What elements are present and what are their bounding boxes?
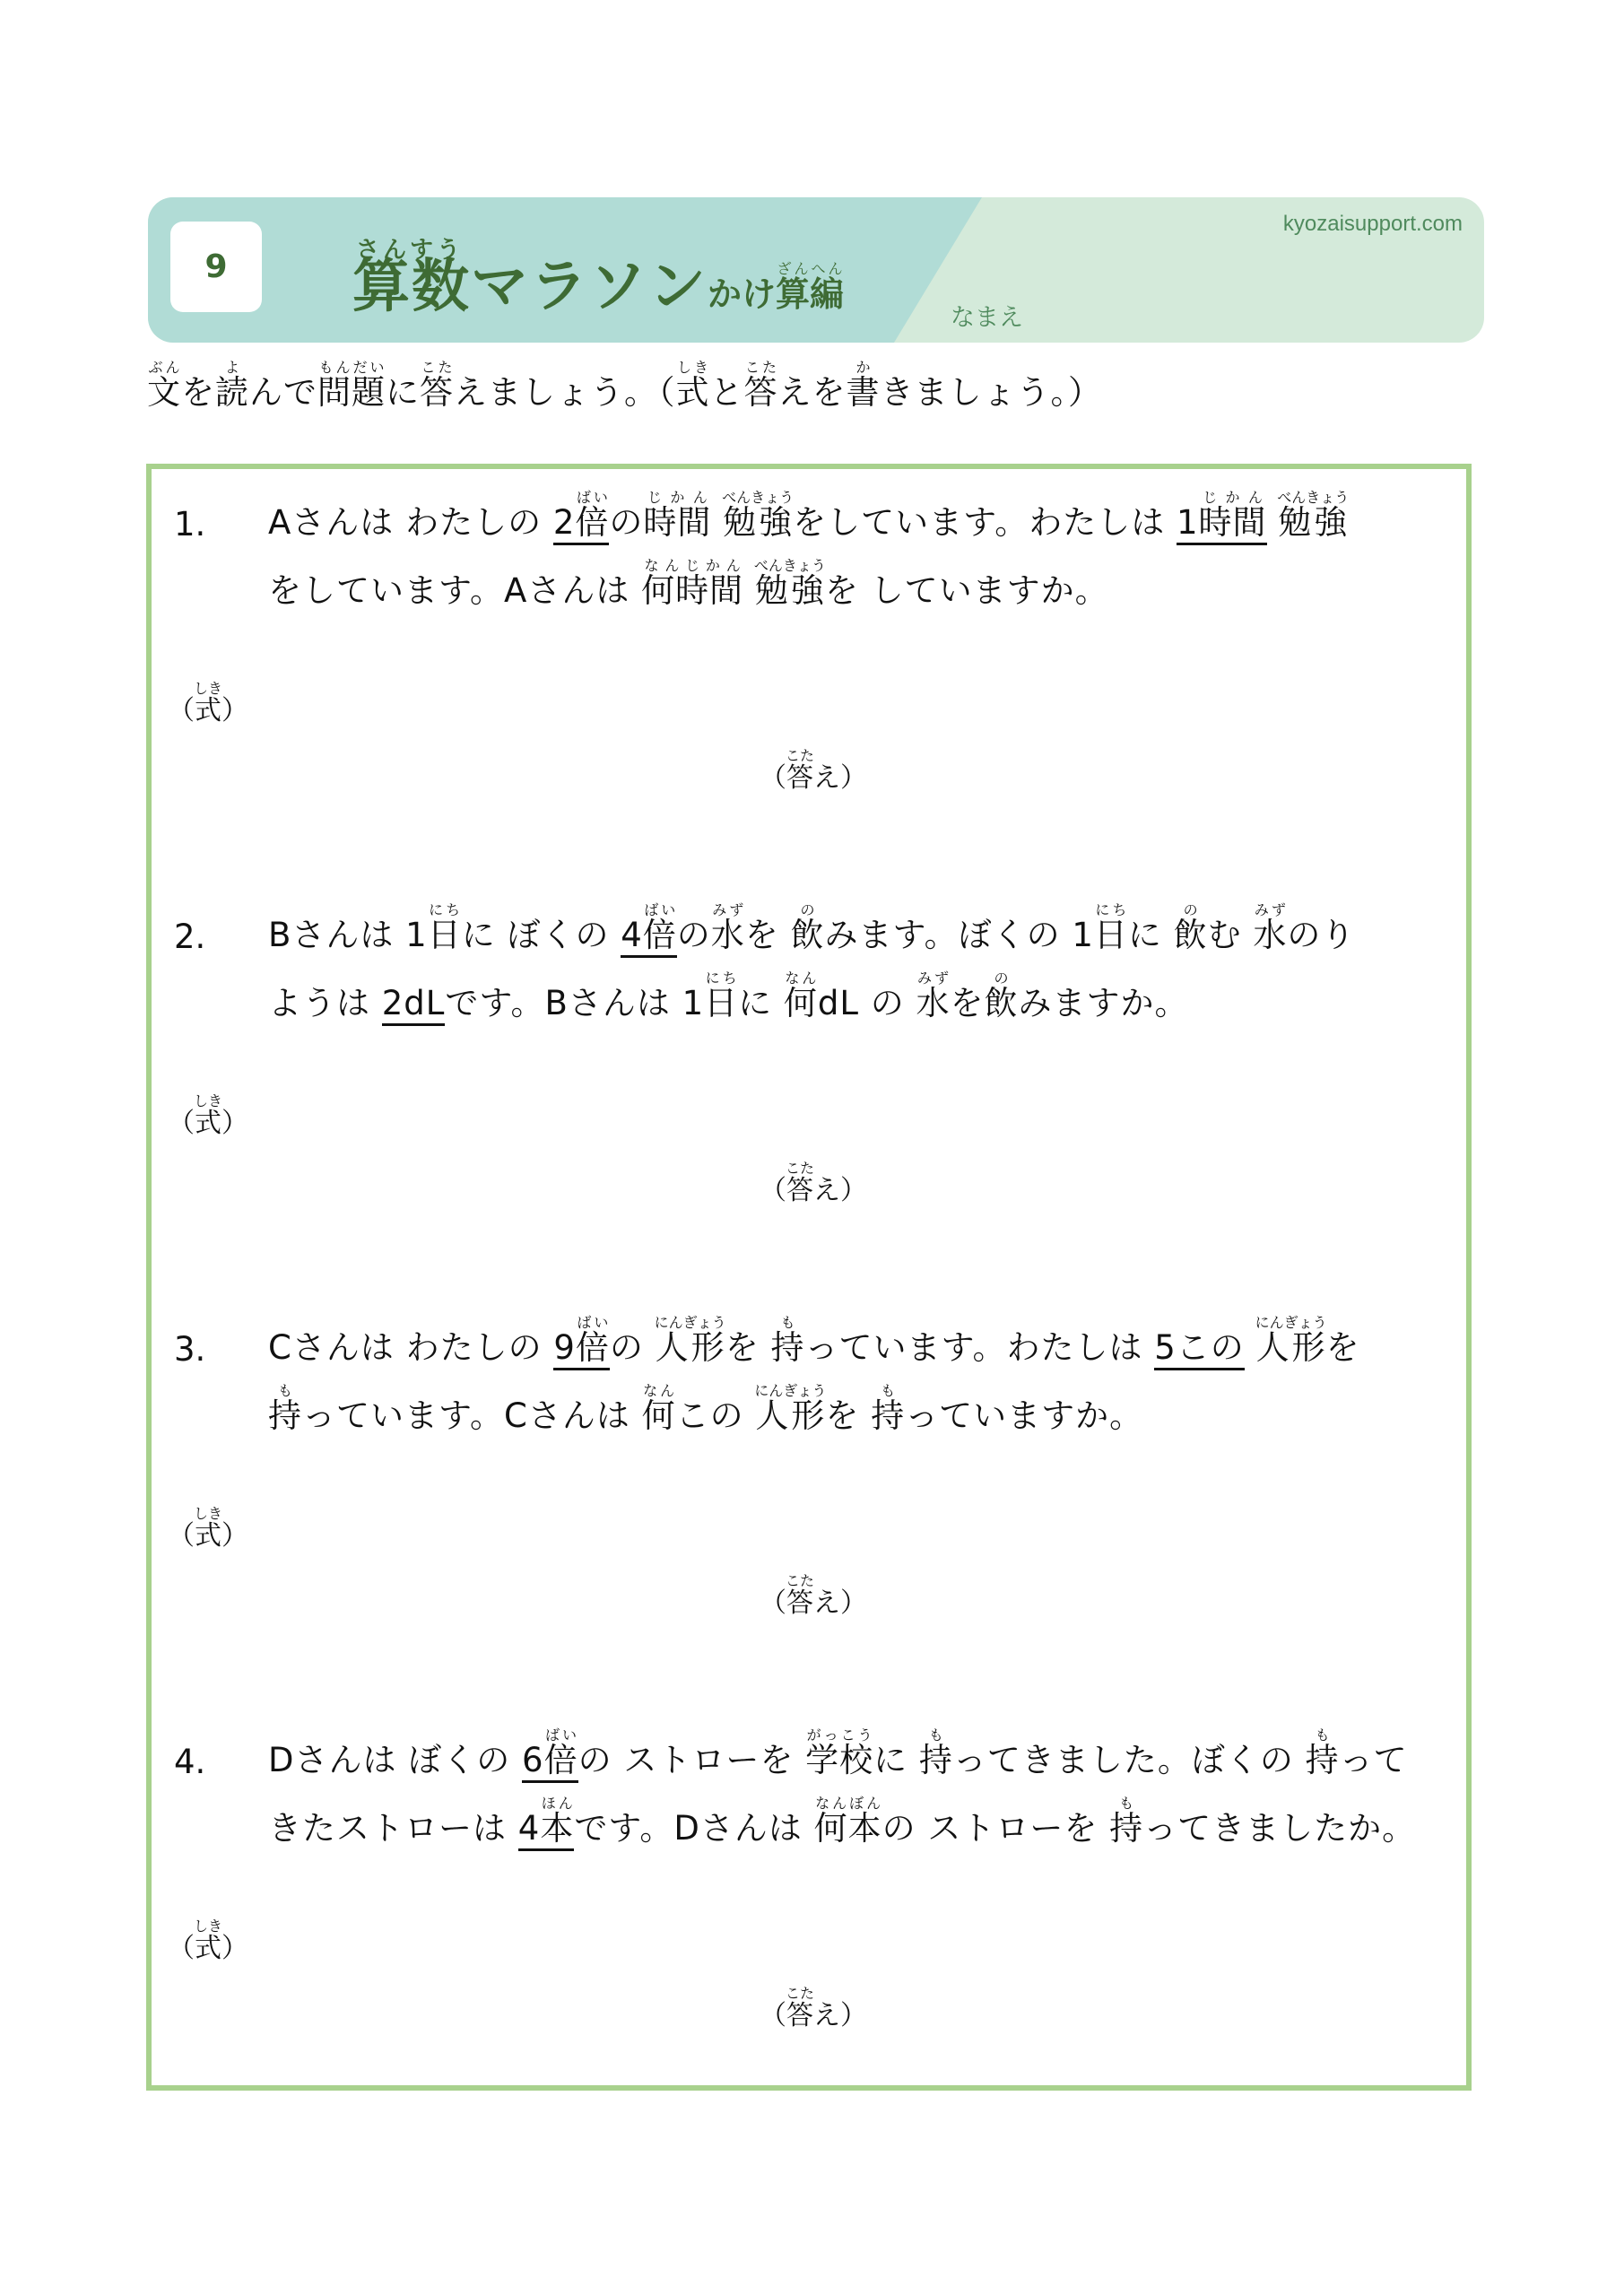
- formula-label: （式しき）: [168, 1505, 248, 1553]
- furigana: なん: [642, 1382, 676, 1399]
- underlined-value: 4: [518, 1809, 541, 1851]
- subtitle-kana: かけ: [708, 274, 776, 314]
- kanji-with-furigana: 何なん: [642, 1396, 676, 1435]
- text-segment: の: [609, 503, 643, 542]
- text-segment: に: [738, 984, 784, 1022]
- underlined-value: 2: [553, 503, 576, 545]
- text-segment: を: [745, 916, 791, 954]
- furigana: も: [268, 1382, 302, 1399]
- text-segment: っています。わたしは: [804, 1328, 1154, 1367]
- text-segment: に: [873, 1741, 919, 1779]
- text-segment: をしています。Aさんは: [268, 571, 641, 610]
- text-segment: を: [951, 984, 985, 1022]
- kanji-with-furigana: 持も: [871, 1396, 905, 1435]
- underlined-value: 6: [522, 1741, 544, 1783]
- kanji-with-furigana: 飲の: [1174, 916, 1208, 954]
- furigana: じかん: [643, 489, 711, 506]
- text-segment: Cさんは わたしの: [268, 1328, 553, 1367]
- furigana: こた: [420, 359, 454, 376]
- text-segment: を: [181, 373, 215, 412]
- furigana: にち: [1094, 901, 1128, 918]
- kanji-with-furigana: 持も: [268, 1396, 302, 1435]
- question-text: Dさんは ぼくの 6倍ばいの ストローを 学校がっこうに 持もってきました。ぼく…: [268, 1726, 1452, 1863]
- text-segment: ってきましたか。: [1143, 1809, 1416, 1848]
- question-number: 3.: [174, 1330, 205, 1369]
- text-segment: のり: [1287, 916, 1355, 954]
- kanji-with-furigana: 持も: [919, 1741, 953, 1779]
- answer-label: （答こたえ）: [760, 1572, 867, 1621]
- kanji-with-furigana: 学校がっこう: [805, 1741, 873, 1779]
- text-segment: きたストローは: [268, 1809, 518, 1848]
- text-segment: きましょう。）: [881, 373, 1103, 412]
- furigana: べんきょう: [722, 489, 794, 506]
- kanji-with-furigana: 水みず: [916, 984, 951, 1022]
- text-segment: をしています。わたしは: [793, 503, 1177, 542]
- text-segment: の: [677, 916, 711, 954]
- kanji-with-furigana: 書か: [847, 373, 881, 412]
- text-segment: む: [1208, 916, 1254, 954]
- formula-label: （式しき）: [168, 1092, 248, 1141]
- furigana: なん: [784, 970, 818, 987]
- kanji-with-furigana: 答こた: [420, 373, 454, 412]
- underlined-value: 1: [1177, 503, 1199, 545]
- kanji-with-furigana: 式しき: [676, 373, 710, 412]
- instruction-text: 文ぶんを読よんで問題もんだいに答こたえましょう。（式しきと答こたえを書かきましょ…: [147, 359, 1102, 418]
- kanji-with-furigana: 日にち: [704, 984, 738, 1022]
- text-segment: っています。Cさんは: [302, 1396, 642, 1435]
- kanji-with-furigana: 飲の: [791, 916, 825, 954]
- kanji-with-furigana: 勉強べんきょう: [755, 571, 825, 610]
- kanji-with-furigana: 水みず: [711, 916, 745, 954]
- text-segment: っていますか。: [905, 1396, 1143, 1435]
- question-line: 持もっています。Cさんは 何なんこの 人形にんぎょうを 持もっていますか。: [268, 1382, 1452, 1450]
- text-segment: に: [386, 373, 420, 412]
- text-segment: Aさんは わたしの: [268, 503, 553, 542]
- question-number: 2.: [174, 918, 205, 956]
- kanji-with-furigana: 何本なんぼん: [814, 1809, 882, 1848]
- underlined-value: 時間じかん: [1199, 503, 1267, 545]
- text-segment: の ストローを: [578, 1741, 806, 1779]
- text-segment: を: [1326, 1328, 1360, 1367]
- kanji-with-furigana: 時間じかん: [643, 503, 711, 542]
- kanji-with-furigana: 人形にんぎょう: [1256, 1328, 1326, 1367]
- furigana: か: [847, 359, 881, 376]
- text-segment: を: [725, 1328, 771, 1367]
- kanji-with-furigana: 何時間なんじかん: [641, 571, 743, 610]
- worksheet-number: 9: [204, 248, 227, 285]
- problem-box: 1.Aさんは わたしの 2倍ばいの時間じかん 勉強べんきょうをしています。わたし…: [146, 464, 1472, 2091]
- kanji-with-furigana: 答こた: [744, 373, 778, 412]
- text-segment: に: [1128, 916, 1174, 954]
- underlined-value: 倍ばい: [544, 1741, 578, 1783]
- text-segment: Bさんは 1: [268, 916, 428, 954]
- underlined-value: 本ほん: [540, 1809, 574, 1851]
- question-number: 1.: [174, 505, 205, 544]
- furigana: にんぎょう: [754, 1382, 826, 1399]
- answer-label: （答こたえ）: [760, 1160, 867, 1208]
- furigana: べんきょう: [754, 557, 826, 574]
- kanji-with-furigana: 問題もんだい: [317, 373, 386, 412]
- text-segment: んで: [249, 373, 317, 412]
- furigana: しき: [676, 359, 710, 376]
- question-text: Aさんは わたしの 2倍ばいの時間じかん 勉強べんきょうをしています。わたしは …: [268, 489, 1452, 625]
- subtitle-kanji-1: 算ざん: [776, 274, 810, 314]
- furigana: にんぎょう: [1255, 1314, 1327, 1331]
- furigana: なんじかん: [641, 557, 743, 574]
- question-line: をしています。Aさんは 何時間なんじかん 勉強べんきょうを していますか。: [268, 557, 1452, 625]
- answer-label: （答こたえ）: [760, 1985, 867, 2033]
- text-segment: ってきました。ぼくの: [953, 1741, 1306, 1779]
- underlined-value: 倍ばい: [575, 503, 609, 545]
- text-segment: の: [610, 1328, 656, 1367]
- text-segment: みますか。: [1019, 984, 1189, 1022]
- kanji-with-furigana: 持も: [1109, 1809, 1143, 1848]
- question-line: Dさんは ぼくの 6倍ばいの ストローを 学校がっこうに 持もってきました。ぼく…: [268, 1726, 1452, 1795]
- text-segment: ようは: [268, 984, 382, 1022]
- text-segment: この: [676, 1396, 756, 1435]
- furigana: ばい: [643, 901, 677, 918]
- kanji-with-furigana: 水みず: [1253, 916, 1287, 954]
- furigana: もんだい: [317, 359, 386, 376]
- text-segment: の ストローを: [882, 1809, 1110, 1848]
- furigana: にち: [704, 970, 738, 987]
- furigana: も: [1109, 1795, 1143, 1812]
- kanji-with-furigana: 読よ: [215, 373, 249, 412]
- furigana: の: [1174, 901, 1208, 918]
- text-segment: Dさんは ぼくの: [268, 1741, 522, 1779]
- kanji-with-furigana: 勉強べんきょう: [1278, 503, 1349, 542]
- furigana: にんぎょう: [655, 1314, 726, 1331]
- question-text: Bさんは 1日にちに ぼくの 4倍ばいの水みずを 飲のみます。ぼくの 1日にちに…: [268, 901, 1452, 1038]
- furigana: なんぼん: [814, 1795, 882, 1812]
- furigana: よ: [215, 359, 249, 376]
- furigana: ばい: [575, 489, 609, 506]
- question-line: ようは 2dLです。Bさんは 1日にちに 何なんdL の 水みずを飲のみますか。: [268, 970, 1452, 1038]
- furigana: みず: [1253, 901, 1287, 918]
- worksheet-subtitle: かけ算ざん編へん: [708, 274, 844, 314]
- question-line: Cさんは わたしの 9倍ばいの 人形にんぎょうを 持もっています。わたしは 5こ…: [268, 1314, 1452, 1382]
- text-segment: です。Dさんは: [574, 1809, 813, 1848]
- text-segment: みます。ぼくの 1: [825, 916, 1094, 954]
- kanji-with-furigana: 人形にんぎょう: [755, 1396, 825, 1435]
- title-main: 算数マラソン: [352, 254, 708, 320]
- question-line: Bさんは 1日にちに ぼくの 4倍ばいの水みずを 飲のみます。ぼくの 1日にちに…: [268, 901, 1452, 970]
- underlined-value: 9: [553, 1328, 576, 1370]
- furigana: ほん: [540, 1795, 574, 1812]
- site-url: kyozaisupport.com: [1283, 212, 1463, 237]
- furigana: がっこう: [805, 1726, 873, 1744]
- question-line: Aさんは わたしの 2倍ばいの時間じかん 勉強べんきょうをしています。わたしは …: [268, 489, 1452, 557]
- furigana: ばい: [544, 1726, 578, 1744]
- text-segment: を: [825, 1396, 871, 1435]
- kanji-with-furigana: 飲の: [985, 984, 1019, 1022]
- worksheet-number-badge: 9: [170, 222, 262, 312]
- furigana: の: [985, 970, 1019, 987]
- text-segment: を していますか。: [825, 571, 1109, 610]
- kanji-with-furigana: 日にち: [1094, 916, 1128, 954]
- underlined-value: 4: [621, 916, 643, 958]
- formula-label: （式しき）: [168, 680, 248, 728]
- text-segment: えましょう。（: [454, 373, 676, 412]
- furigana: も: [770, 1314, 804, 1331]
- kanji-with-furigana: 人形にんぎょう: [656, 1328, 725, 1367]
- question-number: 4.: [174, 1743, 205, 1781]
- text-segment: dL の: [818, 984, 916, 1022]
- underlined-value: 倍ばい: [643, 916, 677, 958]
- furigana: ぶん: [147, 359, 181, 376]
- furigana: の: [791, 901, 825, 918]
- text-segment: と: [710, 373, 744, 412]
- furigana: こた: [744, 359, 778, 376]
- furigana: も: [919, 1726, 953, 1744]
- name-label: なまえ: [951, 298, 1023, 333]
- furigana: にち: [428, 901, 462, 918]
- text-segment: えを: [778, 373, 847, 412]
- kanji-with-furigana: 勉強べんきょう: [723, 503, 793, 542]
- furigana: じかん: [1199, 489, 1267, 506]
- furigana: みず: [711, 901, 745, 918]
- furigana: みず: [916, 970, 951, 987]
- kanji-with-furigana: 日にち: [428, 916, 462, 954]
- question-text: Cさんは わたしの 9倍ばいの 人形にんぎょうを 持もっています。わたしは 5こ…: [268, 1314, 1452, 1450]
- kanji-with-furigana: 何なん: [784, 984, 818, 1022]
- furigana: も: [1306, 1726, 1340, 1744]
- underlined-value: 2dL: [382, 984, 446, 1026]
- subtitle-kanji-2: 編へん: [810, 274, 844, 314]
- worksheet-header: 9 さんすう 算数マラソンかけ算ざん編へん kyozaisupport.com …: [148, 197, 1484, 343]
- kanji-with-furigana: 持も: [770, 1328, 804, 1367]
- furigana: ばい: [576, 1314, 610, 1331]
- underlined-value: 倍ばい: [576, 1328, 610, 1370]
- answer-label: （答こたえ）: [760, 747, 867, 796]
- formula-label: （式しき）: [168, 1918, 248, 1966]
- text-segment: に ぼくの: [462, 916, 621, 954]
- text-segment: です。Bさんは 1: [445, 984, 704, 1022]
- furigana: べんきょう: [1277, 489, 1349, 506]
- worksheet-title: 算数マラソンかけ算ざん編へん: [352, 255, 844, 316]
- kanji-with-furigana: 文ぶん: [147, 373, 181, 412]
- kanji-with-furigana: 持も: [1306, 1741, 1340, 1779]
- furigana: も: [871, 1382, 905, 1399]
- question-line: きたストローは 4本ほんです。Dさんは 何本なんぼんの ストローを 持もってきま…: [268, 1795, 1452, 1863]
- underlined-value: 5この: [1154, 1328, 1245, 1370]
- text-segment: って: [1340, 1741, 1408, 1779]
